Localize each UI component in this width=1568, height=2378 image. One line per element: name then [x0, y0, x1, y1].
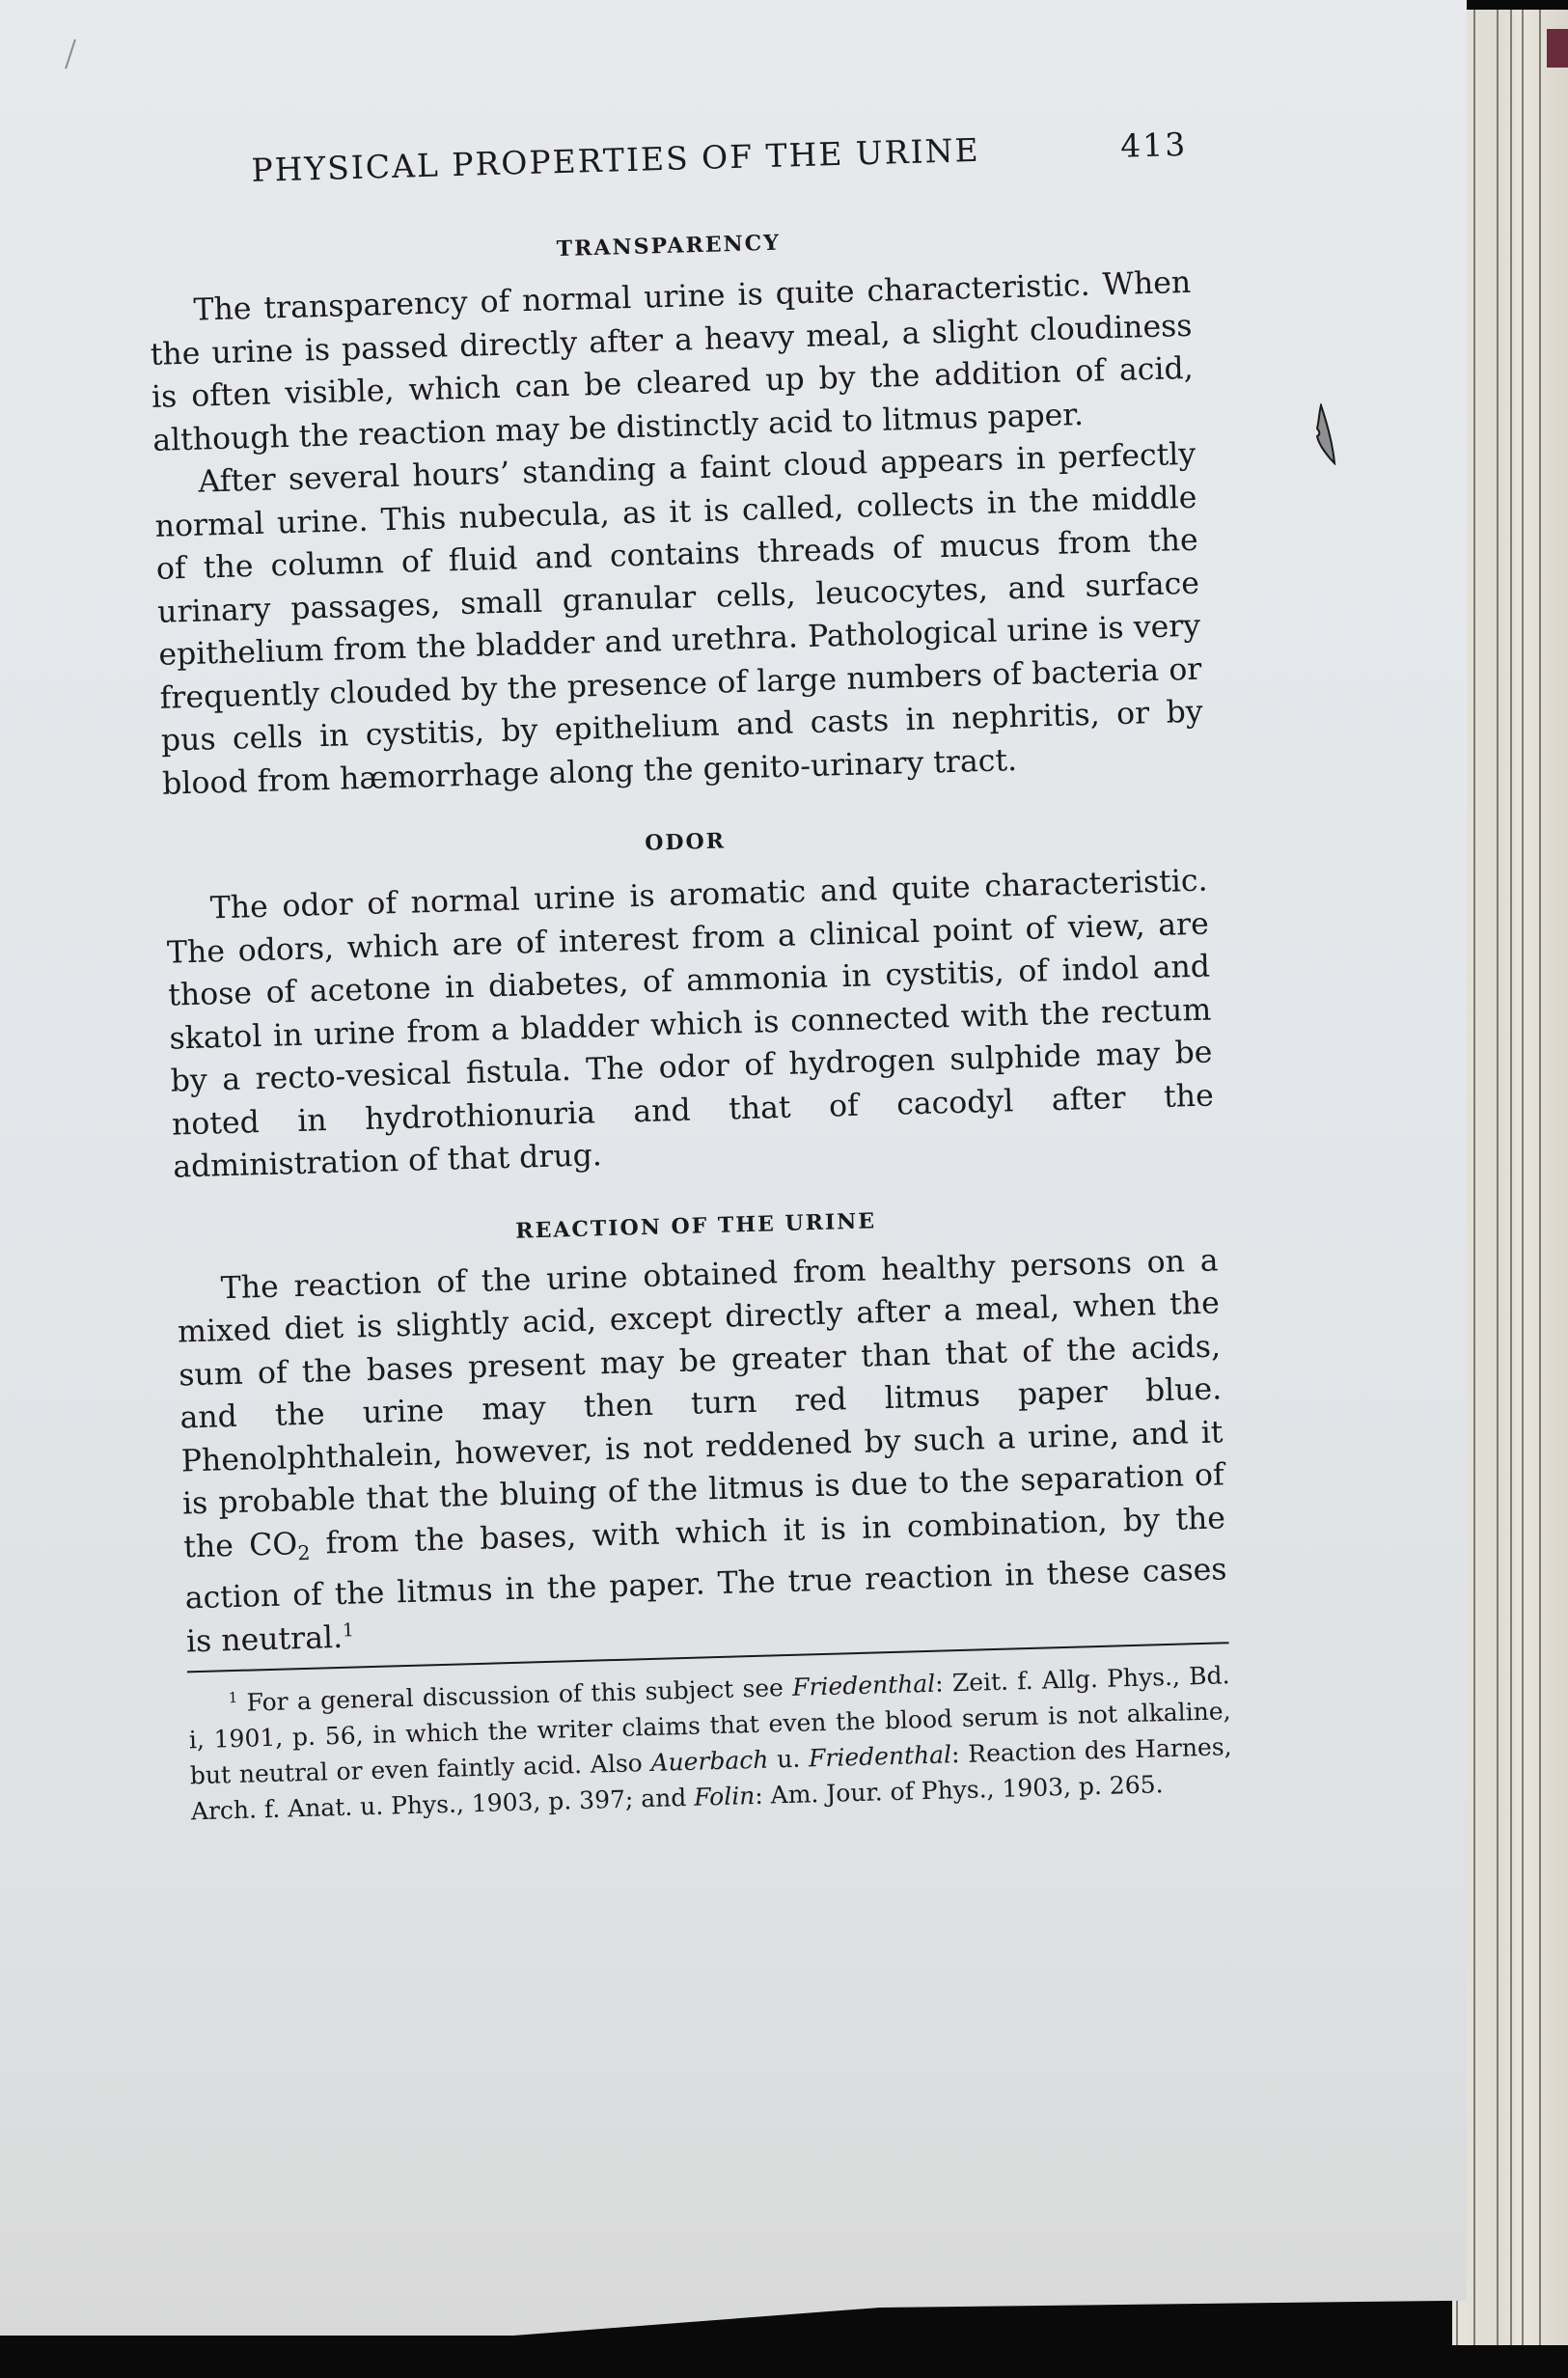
- paragraph: The transparency of normal urine is quit…: [149, 262, 1196, 462]
- page-content: PHYSICAL PROPERTIES OF THE URINE 413 TRA…: [145, 125, 1233, 1830]
- section-heading-odor: ODOR: [164, 816, 1206, 870]
- page-edge-line: [1522, 10, 1524, 2345]
- book-photo: PHYSICAL PROPERTIES OF THE URINE 413 TRA…: [0, 0, 1568, 2378]
- footnote-text-part: : Am. Jour. of Phys., 1903, p. 265.: [755, 1770, 1164, 1810]
- paragraph: After several hours’ standing a faint cl…: [153, 433, 1205, 806]
- page-edge-line: [1473, 10, 1475, 2345]
- footnote: 1 For a general discussion of this subje…: [187, 1657, 1233, 1829]
- footnote-text-part: u.: [768, 1745, 809, 1774]
- book-page: PHYSICAL PROPERTIES OF THE URINE 413 TRA…: [0, 0, 1467, 2336]
- footnote-author: Auerbach: [650, 1746, 769, 1777]
- paragraph: The odor of normal urine is aromatic and…: [165, 860, 1215, 1190]
- footnote-author: Friedenthal: [809, 1740, 952, 1772]
- page-edge-line: [1497, 10, 1499, 2345]
- footnote-marker: 1: [228, 1689, 237, 1706]
- footnote-author: Folin: [694, 1782, 756, 1811]
- paper-scratch-mark: [65, 39, 76, 69]
- page-edges: [1452, 10, 1568, 2345]
- paragraph: The reaction of the urine obtained from …: [176, 1239, 1228, 1664]
- footnote-reference[interactable]: 1: [343, 1619, 355, 1641]
- running-head: PHYSICAL PROPERTIES OF THE URINE 413: [251, 125, 1188, 189]
- footnote-text: For a general discussion of this subject…: [188, 1661, 1231, 1825]
- footnote-text-part: For a general discussion of this subject…: [246, 1673, 792, 1717]
- paragraph-text: from the bases, with which it is in comb…: [184, 1501, 1227, 1659]
- page-number: 413: [1120, 125, 1188, 165]
- running-head-title: PHYSICAL PROPERTIES OF THE URINE: [251, 131, 980, 189]
- stray-ink-mark-icon: [1315, 403, 1336, 465]
- page-edge-line: [1510, 10, 1512, 2345]
- book-cover-corner: [1547, 29, 1568, 68]
- footnote-author: Friedenthal: [792, 1670, 936, 1701]
- page-edge-line: [1539, 10, 1541, 2345]
- subscript: 2: [297, 1540, 311, 1563]
